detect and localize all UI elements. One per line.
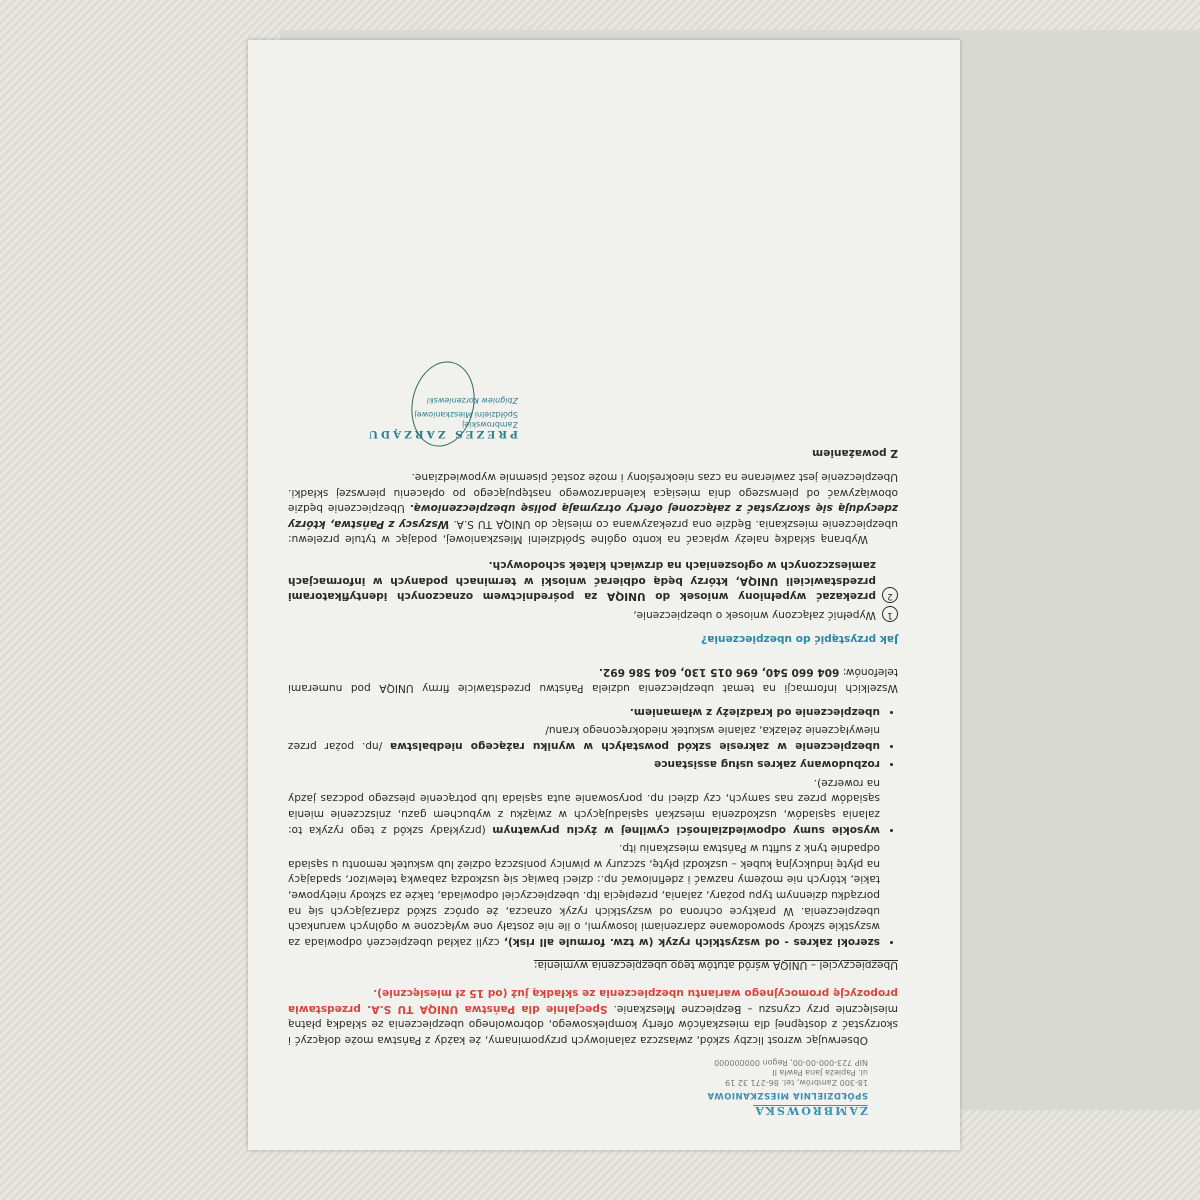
step-number-icon: 2 [882, 587, 898, 603]
letterhead: ZAMBROWSKA SPÓŁDZIELNIA MIESZKANIOWA 18-… [288, 1057, 868, 1118]
org-address-2: ul. Papieża Jana Pawła II [288, 1067, 868, 1077]
stamp-line-2: Spółdzielni Mieszkaniowej [288, 409, 518, 419]
step-2: 2przekazać wypełniony wniosek do UNIQA z… [288, 556, 898, 603]
bullet-bold: rozbudowany zakres usług assistance [654, 758, 880, 770]
payment-paragraph: Wybraną składkę należy wpłacać na konto … [288, 468, 898, 546]
org-address-1: 18-300 Zambrów, tel. 86-271 32 19 [288, 1077, 868, 1087]
advantages-heading: Ubezpieczyciel – UNIQA wśród atutów tego… [288, 957, 898, 973]
bullet-bold: szeroki zakres - od wszystkich ryzyk (w … [504, 936, 880, 948]
list-item: ubezpieczenie w zakresie szkód powstałyc… [288, 722, 880, 753]
contact-phones: 604 660 540, 696 015 130, 604 586 692. [599, 666, 840, 678]
intro-paragraph: Obserwując wzrost liczby szkód, zwłaszcz… [288, 984, 898, 1046]
stamp-title: PREZES ZARZĄDU [288, 429, 518, 439]
step-1: 1Wypełnić załączony wniosek o ubezpiecze… [288, 606, 898, 622]
document-rotated: ZAMBROWSKA SPÓŁDZIELNIA MIESZKANIOWA 18-… [248, 40, 960, 1150]
bullet-bold: ubezpieczenie od kradzieży z włamaniem. [630, 706, 880, 718]
list-item: rozbudowany zakres usług assistance [288, 756, 880, 772]
list-item: wysokie sumy odpowiedzialności cywilnej … [288, 774, 880, 836]
contact-paragraph: Wszelkich informacji na temat ubezpiecze… [288, 664, 898, 695]
org-name: ZAMBROWSKA [288, 1102, 868, 1118]
org-address-3: NIP 723-000-00-00, Regon 000000000 [288, 1057, 868, 1067]
list-item: szeroki zakres - od wszystkich ryzyk (w … [288, 840, 880, 949]
bullet-bold: ubezpieczenie w zakresie szkód powstałyc… [390, 740, 880, 752]
howto-heading: Jak przystąpić do ubezpieczenia? [288, 630, 898, 646]
org-subname: SPÓŁDZIELNIA MIESZKANIOWA [288, 1087, 868, 1103]
advantages-list: szeroki zakres - od wszystkich ryzyk (w … [288, 703, 898, 949]
bullet-bold: wysokie sumy odpowiedzialności cywilnej … [492, 824, 880, 836]
step-number-icon: 1 [882, 606, 898, 622]
document-sheet: ZAMBROWSKA SPÓŁDZIELNIA MIESZKANIOWA 18-… [248, 40, 960, 1150]
closing: Z poważaniem [288, 445, 898, 461]
step-text: Wypełnić załączony wniosek o ubezpieczen… [633, 606, 876, 622]
step-text: przekazać wypełniony wniosek do UNIQA za… [288, 556, 876, 603]
bullet-text: czyli zakład ubezpieczeń odpowiada za ws… [288, 842, 880, 948]
list-item: ubezpieczenie od kradzieży z włamaniem. [288, 703, 880, 719]
stamp-signer: Zbigniew Korzeniewski [288, 395, 518, 405]
president-stamp: PREZES ZARZĄDU Zambrowskiej Spółdzielni … [288, 395, 518, 439]
